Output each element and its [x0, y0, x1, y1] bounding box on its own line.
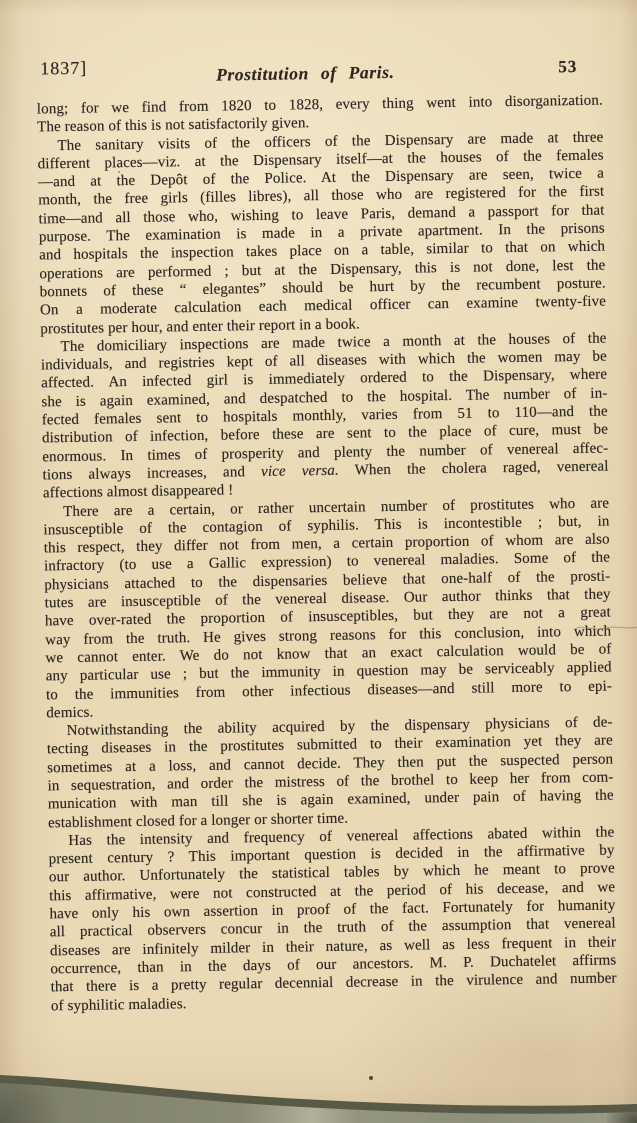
page-number: 53	[558, 57, 577, 77]
ink-speck	[118, 171, 120, 173]
ink-speck	[369, 1076, 373, 1080]
book-page: 1837] Prostitution of Paris. 53 long; fo…	[0, 0, 637, 1123]
paragraph: There are a certain, or rather uncertain…	[43, 494, 612, 722]
paragraph: The sanitary visits of the officers of t…	[37, 128, 606, 338]
paragraph: Notwithstanding the ability acquired by …	[46, 714, 614, 833]
scanned-book-photo: { "page_header": { "year_marker": "1837]…	[0, 0, 637, 1123]
paragraph: Has the intensity and frequency of vener…	[48, 823, 617, 1015]
paragraph: The domiciliary inspections are made twi…	[40, 329, 609, 503]
printed-area: 1837] Prostitution of Paris. 53 long; fo…	[36, 48, 617, 1016]
article-text: long; for we find from 1820 to 1828, eve…	[37, 92, 617, 1016]
running-title: Prostitution of Paris.	[22, 59, 588, 89]
